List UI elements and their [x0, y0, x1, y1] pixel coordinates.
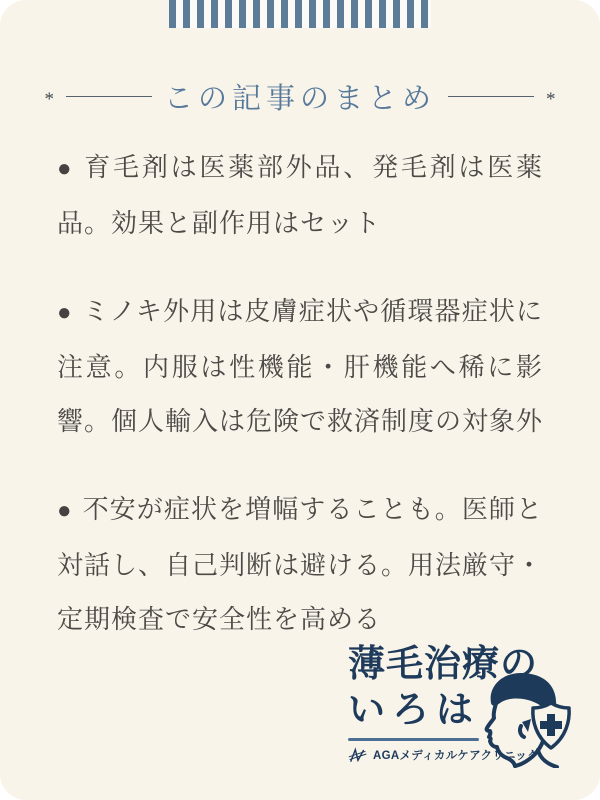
summary-line: 響。個人輸入は危険で救済制度の対象外	[57, 394, 543, 448]
bullet-icon: ●	[57, 155, 74, 182]
summary-line-text: ミノキ外用は皮膚症状や循環器症状に	[83, 296, 543, 326]
title-rule-left	[66, 96, 152, 97]
page-title: この記事のまとめ	[164, 76, 436, 117]
summary-line-text: 育毛剤は医薬部外品、発毛剤は医薬	[84, 152, 543, 182]
summary-line: ●育毛剤は医薬部外品、発毛剤は医薬	[57, 140, 543, 196]
summary-card: * この記事のまとめ * ●育毛剤は医薬部外品、発毛剤は医薬 品。効果と副作用は…	[0, 0, 600, 800]
brand-underline	[348, 738, 479, 741]
bullet-icon: ●	[57, 497, 73, 524]
asterisk-right-icon: *	[546, 90, 556, 109]
summary-item: ●ミノキ外用は皮膚症状や循環器症状に 注意。内服は性機能・肝機能へ稀に影 響。個…	[57, 284, 543, 448]
summary-list: ●育毛剤は医薬部外品、発毛剤は医薬 品。効果と副作用はセット ●ミノキ外用は皮膚…	[57, 140, 543, 680]
summary-line: 対話し、自己判断は避ける。用法厳守・	[57, 538, 543, 592]
washi-tape-stripes-icon	[169, 0, 431, 28]
title-row: * この記事のまとめ *	[0, 76, 600, 117]
summary-line-text: 不安が症状を増幅することも。医師と	[83, 494, 543, 524]
summary-line: ●不安が症状を増幅することも。医師と	[57, 482, 543, 538]
summary-item: ●不安が症状を増幅することも。医師と 対話し、自己判断は避ける。用法厳守・ 定期…	[57, 482, 543, 646]
bullet-icon: ●	[57, 299, 73, 326]
summary-line: 定期検査で安全性を高める	[57, 592, 543, 646]
asterisk-left-icon: *	[44, 90, 54, 109]
summary-line: ●ミノキ外用は皮膚症状や循環器症状に	[57, 284, 543, 340]
summary-line: 品。効果と副作用はセット	[57, 196, 543, 250]
summary-line: 注意。内服は性機能・肝機能へ稀に影	[57, 340, 543, 394]
aga-clinic-logo-icon	[348, 747, 368, 763]
title-rule-right	[448, 96, 534, 97]
medical-shield-icon	[528, 700, 574, 752]
summary-item: ●育毛剤は医薬部外品、発毛剤は医薬 品。効果と副作用はセット	[57, 140, 543, 250]
